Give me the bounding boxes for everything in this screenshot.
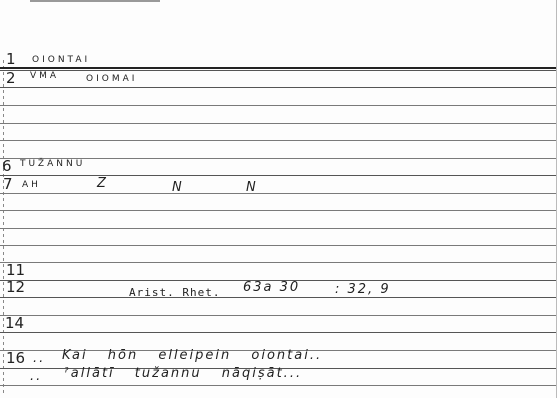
entry-col-2: Z <box>97 176 108 191</box>
akkadian-transliteration: ˀallātī tužannu nāqiṣāt... <box>64 366 302 381</box>
entry-text: OIONTAI <box>32 55 90 65</box>
source-citation: Arist. Rhet. <box>129 286 220 299</box>
reference-2: : 32, 9 <box>335 282 391 297</box>
rule-line <box>0 105 556 106</box>
entry-text: VMA <box>30 71 59 81</box>
index-card: 1 OIONTAI 2 VMA OIOMAI 6 TUŽANNU 7 AH Z … <box>0 0 557 398</box>
line-number: 14 <box>5 314 24 332</box>
rule-line <box>0 228 556 229</box>
rule-line <box>0 332 556 333</box>
rule-line <box>0 67 556 69</box>
line-prefix: .. <box>30 369 42 384</box>
line-number: 1 <box>6 50 16 68</box>
greek-transliteration: Kai hōn elleipein oiontai.. <box>62 348 322 363</box>
entry-text-2: OIOMAI <box>86 74 137 84</box>
rule-line <box>0 297 556 298</box>
rule-line <box>0 70 556 71</box>
rule-line <box>0 87 556 88</box>
rule-line <box>0 245 556 246</box>
rule-line <box>0 175 556 176</box>
line-number: 2 <box>6 69 16 87</box>
rule-line <box>0 262 556 263</box>
entry-text: AH <box>22 180 41 190</box>
line-number: 6 <box>2 157 12 175</box>
rule-line <box>0 385 556 386</box>
line-number: 12 <box>6 278 25 296</box>
line-number: 11 <box>6 261 25 279</box>
reference: 63a 30 <box>243 280 300 295</box>
rule-line <box>0 193 556 194</box>
line-prefix: .. <box>33 351 45 366</box>
rule-line <box>0 140 556 141</box>
entry-col-3: N <box>172 180 184 195</box>
rule-line <box>0 210 556 211</box>
rule-line <box>0 123 556 124</box>
top-edge-mark <box>30 0 160 2</box>
entry-col-4: N <box>246 180 258 195</box>
rule-line <box>0 315 556 316</box>
line-number: 7 <box>3 175 13 193</box>
line-number: 16 <box>6 349 25 367</box>
entry-text: TUŽANNU <box>20 159 85 169</box>
